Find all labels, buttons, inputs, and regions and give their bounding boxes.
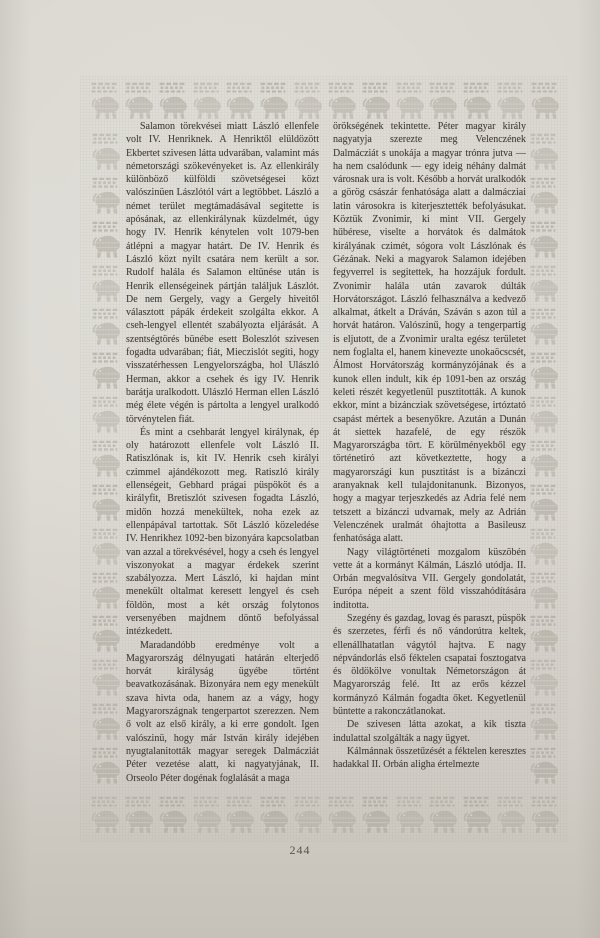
- elephant-motif-icon: [291, 81, 323, 125]
- paragraph: Maradandóbb eredménye volt a Magyarorszá…: [126, 639, 319, 785]
- paragraph: Nagy világtörténeti mozgalom küszöbén ve…: [333, 546, 526, 612]
- elephant-motif-icon: [527, 395, 559, 439]
- elephant-motif-icon: [89, 176, 121, 220]
- elephant-motif-icon: [527, 132, 559, 176]
- elephant-motif-icon: [89, 264, 121, 308]
- elephant-motif-icon: [527, 746, 559, 790]
- decorative-border-right: [526, 132, 560, 790]
- paragraph: Salamon törekvései miatt László ellenfel…: [126, 120, 319, 426]
- elephant-motif-icon: [325, 81, 357, 125]
- elephant-motif-icon: [460, 81, 492, 125]
- elephant-motif-icon: [122, 81, 154, 125]
- elephant-motif-icon: [88, 795, 120, 839]
- elephant-motif-icon: [89, 220, 121, 264]
- paragraph: Szegény és gazdag, lovag és paraszt, püs…: [333, 612, 526, 718]
- book-page-scan: Salamon törekvései miatt László ellenfel…: [0, 0, 600, 938]
- elephant-motif-icon: [359, 81, 391, 125]
- decorative-border-left: [88, 132, 122, 790]
- paragraph: örökségének tekintette. Péter magyar kir…: [333, 120, 526, 546]
- elephant-motif-icon: [527, 702, 559, 746]
- paragraph: És mint a csehbarát lengyel királynak, é…: [126, 426, 319, 639]
- elephant-motif-icon: [527, 307, 559, 351]
- elephant-motif-icon: [190, 81, 222, 125]
- elephant-motif-icon: [89, 439, 121, 483]
- elephant-motif-icon: [89, 658, 121, 702]
- elephant-motif-icon: [527, 614, 559, 658]
- elephant-motif-icon: [88, 81, 120, 125]
- elephant-motif-icon: [223, 81, 255, 125]
- elephant-motif-icon: [89, 702, 121, 746]
- elephant-motif-icon: [257, 81, 289, 125]
- elephant-motif-icon: [527, 571, 559, 615]
- elephant-motif-icon: [89, 483, 121, 527]
- elephant-motif-icon: [527, 439, 559, 483]
- paragraph: Kálmánnak összetűzését a féktelen keresz…: [333, 745, 526, 772]
- elephant-motif-icon: [393, 81, 425, 125]
- elephant-motif-icon: [527, 351, 559, 395]
- elephant-motif-icon: [527, 658, 559, 702]
- elephant-motif-icon: [89, 746, 121, 790]
- elephant-motif-icon: [528, 795, 560, 839]
- text-column-right: örökségének tekintette. Péter magyar kir…: [333, 120, 526, 804]
- elephant-motif-icon: [528, 81, 560, 125]
- elephant-motif-icon: [426, 81, 458, 125]
- elephant-motif-icon: [494, 81, 526, 125]
- elephant-motif-icon: [89, 351, 121, 395]
- elephant-motif-icon: [527, 264, 559, 308]
- elephant-motif-icon: [527, 527, 559, 571]
- elephant-motif-icon: [527, 483, 559, 527]
- elephant-motif-icon: [527, 176, 559, 220]
- elephant-motif-icon: [89, 571, 121, 615]
- elephant-motif-icon: [156, 81, 188, 125]
- elephant-motif-icon: [89, 132, 121, 176]
- elephant-motif-icon: [527, 220, 559, 264]
- page-number: 244: [0, 843, 600, 858]
- text-block: Salamon törekvései miatt László ellenfel…: [126, 120, 526, 804]
- elephant-motif-icon: [89, 307, 121, 351]
- elephant-motif-icon: [89, 614, 121, 658]
- paragraph: De szivesen látta azokat, a kik tiszta i…: [333, 718, 526, 745]
- text-column-left: Salamon törekvései miatt László ellenfel…: [126, 120, 319, 804]
- elephant-motif-icon: [89, 395, 121, 439]
- elephant-motif-icon: [89, 527, 121, 571]
